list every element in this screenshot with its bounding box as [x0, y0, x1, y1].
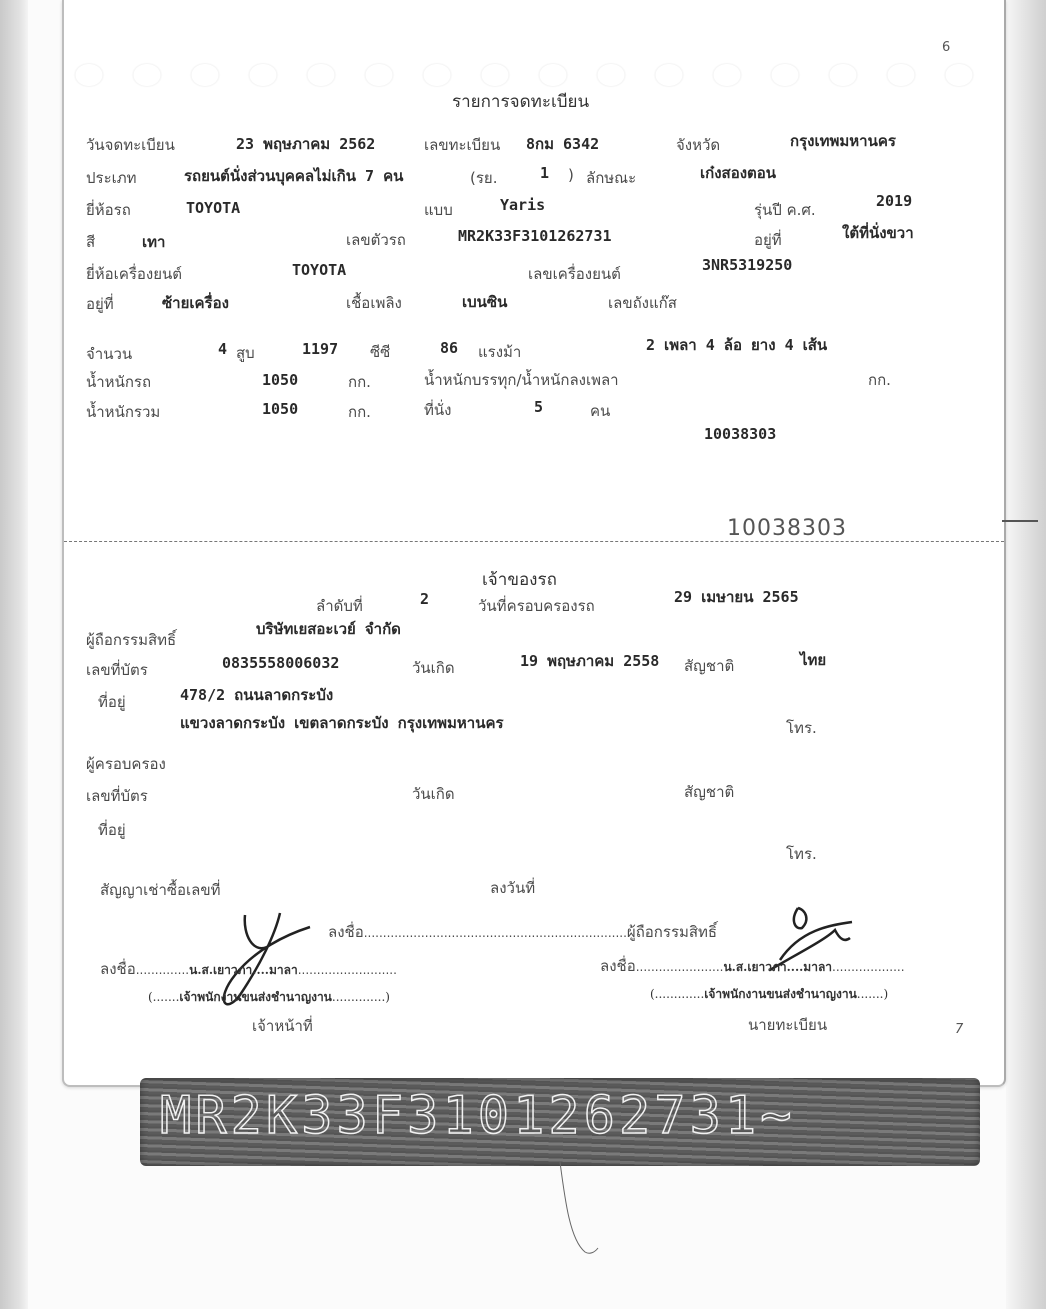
brand-label: ยี่ห้อรถ: [86, 198, 131, 222]
possessor-birth-label: วันเกิด: [412, 782, 455, 806]
registrar-sign-line: ลงชื่อ.......................น.ส.เยาวภา.…: [600, 954, 905, 978]
page-number-top: 6: [942, 40, 950, 55]
order-label: ลำดับที่: [316, 594, 363, 618]
model-value: Yaris: [500, 196, 545, 214]
officer-role: เจ้าหน้าที่: [252, 1014, 313, 1038]
axles-wheels-value: 2 เพลา 4 ล้อ ยาง 4 เส้น: [646, 333, 827, 357]
reg-date-label: วันจดทะเบียน: [86, 133, 175, 157]
registrar-role: นายทะเบียน: [748, 1013, 827, 1037]
registration-title: รายการจดทะเบียน: [452, 88, 589, 115]
gas-tank-label: เลขถังแก๊ส: [608, 291, 677, 315]
color-label: สี: [86, 230, 95, 254]
engine-no-value: 3NR5319250: [702, 256, 792, 274]
load-label: น้ำหนักบรรทุก/น้ำหนักลงเพลา: [424, 368, 619, 392]
seats-label: ที่นั่ง: [424, 398, 451, 422]
holder-sign-label: ลงชื่อ..................................…: [328, 920, 717, 944]
birth-value: 19 พฤษภาคม 2558: [520, 649, 659, 673]
document-number-large: 10038303: [727, 516, 847, 541]
ry-label: (รย.: [470, 166, 497, 190]
possessor-nationality-label: สัญชาติ: [684, 780, 734, 804]
address-line2: แขวงลาดกระบัง เขตลาดกระบัง กรุงเทพมหานคร: [180, 711, 504, 735]
chassis-label: เลขตัวรถ: [346, 228, 406, 252]
total-weight-label: น้ำหนักรวม: [86, 400, 160, 424]
lease-date-label: ลงวันที่: [490, 876, 535, 900]
registrar-title-line: (.............เจ้าพนักงานขนส่งชำนาญงาน..…: [650, 985, 888, 1004]
brand-value: TOYOTA: [186, 199, 240, 217]
count-label: จำนวน: [86, 342, 132, 366]
document-number: 10038303: [704, 425, 776, 443]
vin-rubbing-text: MR2K33F3101262731~: [160, 1086, 796, 1146]
year-value: 2019: [876, 192, 912, 210]
province-value: กรุงเทพมหานคร: [790, 129, 896, 153]
address-label: ที่อยู่: [98, 690, 126, 714]
possession-date-value: 29 เมษายน 2565: [674, 585, 799, 609]
weight-value: 1050: [262, 371, 298, 389]
owner-title: เจ้าของรถ: [482, 566, 557, 593]
engine-location-value: ซ้ายเครื่อง: [162, 291, 229, 315]
hp-value: 86: [440, 339, 458, 357]
total-weight-value: 1050: [262, 400, 298, 418]
owner-phone-label: โทร.: [786, 716, 817, 740]
model-label: แบบ: [424, 198, 453, 222]
chassis-location-label: อยู่ที่: [754, 228, 782, 252]
pen-stroke-mark: [540, 1160, 620, 1270]
holder-label: ผู้ถือกรรมสิทธิ์: [86, 628, 176, 652]
total-weight-unit: กก.: [348, 400, 371, 424]
year-label: รุ่นปี ค.ศ.: [754, 198, 816, 222]
address-line1: 478/2 ถนนลาดกระบัง: [180, 683, 333, 707]
possessor-id-label: เลขที่บัตร: [86, 784, 148, 808]
weight-unit: กก.: [348, 370, 371, 394]
fold-mark: [1002, 520, 1038, 522]
nationality-value: ไทย: [800, 648, 826, 672]
province-label: จังหวัด: [676, 133, 720, 157]
fuel-label: เชื้อเพลิง: [346, 291, 402, 315]
order-value: 2: [420, 590, 429, 608]
style-label: ลักษณะ: [586, 166, 636, 190]
officer-title-line: (.......เจ้าพนักงานขนส่งชำนาญงาน........…: [148, 988, 390, 1007]
seats-unit: คน: [590, 399, 610, 423]
section-divider: [64, 541, 1004, 542]
possessor-phone-label: โทร.: [786, 842, 817, 866]
possessor-address-label: ที่อยู่: [98, 818, 126, 842]
engine-brand-label: ยี่ห้อเครื่องยนต์: [86, 262, 182, 286]
id-label: เลขที่บัตร: [86, 658, 148, 682]
lease-contract-label: สัญญาเช่าซื้อเลขที่: [100, 878, 221, 902]
color-value: เทา: [142, 230, 165, 254]
scan-left-edge: [0, 0, 28, 1309]
ry-close: ): [568, 166, 574, 184]
nationality-label: สัญชาติ: [684, 654, 734, 678]
cylinders-value: 4: [218, 340, 227, 358]
chassis-location-value: ใต้ที่นั่งขวา: [842, 221, 914, 245]
hp-unit: แรงม้า: [478, 340, 521, 364]
cc-unit: ซีซี: [370, 340, 390, 364]
seats-value: 5: [534, 398, 543, 416]
ry-value: 1: [540, 164, 549, 182]
id-value: 0835558006032: [222, 654, 339, 672]
load-unit: กก.: [868, 368, 891, 392]
type-value: รถยนต์นั่งส่วนบุคคลไม่เกิน 7 คน: [184, 164, 403, 188]
fuel-value: เบนซิน: [462, 290, 507, 314]
weight-label: น้ำหนักรถ: [86, 370, 151, 394]
page-number-bottom: 7: [955, 1022, 963, 1037]
type-label: ประเภท: [86, 166, 137, 190]
holder-value: บริษัทเยสอะเวย์ จำกัด: [256, 617, 401, 641]
engine-brand-value: TOYOTA: [292, 261, 346, 279]
birth-label: วันเกิด: [412, 656, 455, 680]
cylinders-unit: สูบ: [236, 341, 255, 365]
plate-value: 8กม 6342: [526, 132, 599, 156]
reg-date-value: 23 พฤษภาคม 2562: [236, 132, 375, 156]
plate-label: เลขทะเบียน: [424, 133, 500, 157]
possessor-title: ผู้ครอบครอง: [86, 752, 166, 776]
engine-location-label: อยู่ที่: [86, 292, 114, 316]
officer-sign-line: ลงชื่อ..............น.ส.เยาวภา....มาลา..…: [100, 957, 397, 981]
scan-right-edge: [1006, 0, 1046, 1309]
engine-no-label: เลขเครื่องยนต์: [528, 262, 621, 286]
style-value: เก๋งสองตอน: [700, 161, 776, 185]
chassis-value: MR2K33F3101262731: [458, 227, 612, 245]
cc-value: 1197: [302, 340, 338, 358]
possession-date-label: วันที่ครอบครองรถ: [478, 594, 595, 618]
